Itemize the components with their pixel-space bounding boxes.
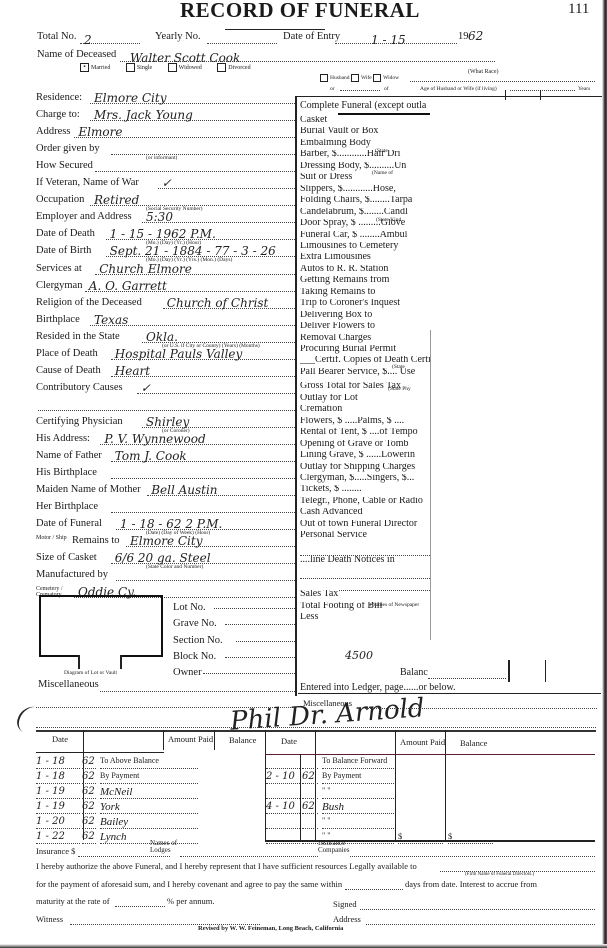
address-field[interactable] xyxy=(366,914,595,925)
ledger-date xyxy=(266,786,300,799)
ledger-right-date-header: Date xyxy=(281,736,297,746)
ledger-description: To Balance Forward xyxy=(322,756,394,769)
form-title: RECORD OF FUNERAL xyxy=(180,0,420,23)
charge-item[interactable]: Dressing Body, $..........Un xyxy=(300,162,430,174)
field-row: Date of Funeral1 - 18 - 62 2 P.M.(Date) … xyxy=(36,518,295,532)
charge-item-label: Rental of Tent, $ ....of Tempo xyxy=(300,428,418,437)
charge-item-label: Delivering Box to xyxy=(300,311,372,320)
ledger-description: Bush xyxy=(322,801,394,814)
field-label: His Birthplace xyxy=(36,467,97,478)
checked-box-icon: ▪ xyxy=(80,63,89,72)
ledger-top-line xyxy=(36,730,596,732)
lot-field-input[interactable] xyxy=(203,662,296,674)
ledger-right-header-line xyxy=(265,754,595,755)
field-input[interactable]: Retired xyxy=(90,194,295,206)
ledger-v3 xyxy=(214,730,215,750)
total-no-field[interactable]: 2 xyxy=(80,31,140,44)
field-label: Manufactured by xyxy=(36,569,108,580)
bottom-edge xyxy=(0,944,607,948)
ledger-description: Bailey xyxy=(100,816,198,829)
wife-label: Wife xyxy=(361,75,372,81)
field-row: Charge to:Mrs. Jack Young xyxy=(36,109,295,123)
charge-item[interactable]: Opening of Grave or Tomb xyxy=(300,440,430,452)
charge-item[interactable]: Outlay for Shipping Charges xyxy=(300,463,430,475)
ledger-description: By Payment xyxy=(322,771,394,784)
field-label: Date of Death xyxy=(36,228,95,239)
ledger-left-balance-header: Balance xyxy=(229,735,256,745)
ledger-row[interactable]: " " xyxy=(266,786,596,799)
right-miscellaneous-field[interactable] xyxy=(365,698,597,709)
ledger-description: By Payment xyxy=(100,771,198,784)
charge-item[interactable]: Outlay for Lot xyxy=(300,394,430,406)
lot-field-input[interactable] xyxy=(225,613,296,625)
complete-funeral-underline xyxy=(338,113,430,115)
charge-item[interactable] xyxy=(300,568,430,580)
revised-by: Revised by W. W. Feineman, Long Beach, C… xyxy=(198,925,343,932)
charge-item[interactable]: Removal Charges xyxy=(300,334,430,346)
charge-item-label: Personal Service xyxy=(300,531,367,540)
firm-name-field[interactable] xyxy=(440,861,595,872)
balance-field[interactable] xyxy=(428,667,506,679)
ledger-date xyxy=(266,756,300,769)
field-input[interactable]: Church of Christ xyxy=(163,297,295,309)
field-row: Place of DeathHospital Pauls Valley xyxy=(36,348,295,362)
charge-item[interactable]: Folding Chairs, $........Tarpa xyxy=(300,196,430,208)
ledger-year xyxy=(302,786,318,799)
widowed-label: Widowed xyxy=(179,65,202,71)
page-edge xyxy=(602,0,607,948)
charge-item-label: Cash Advanced xyxy=(300,508,363,517)
field-label: Cause of Death xyxy=(36,365,101,376)
field-row: Services atChurch Elmore xyxy=(36,263,295,277)
charge-item-label: Gross Total for Sales Tax xyxy=(300,382,401,391)
charge-item[interactable]: Slippers, $............Hose, xyxy=(300,185,430,197)
charge-item-label: Outlay for Shipping Charges xyxy=(300,463,415,472)
charge-item-label: Outlay for Lot xyxy=(300,394,358,403)
charge-item[interactable]: Lining Grave, $ ......Lowerin xyxy=(300,451,430,463)
field-input[interactable]: 6/6 20 ga. Steel xyxy=(111,552,295,564)
field-label: Address xyxy=(36,126,70,137)
lot-diagram-base-right xyxy=(120,655,161,657)
address-label: Address xyxy=(333,914,361,924)
leader-dots xyxy=(300,262,430,263)
field-label: Certifying Physician xyxy=(36,416,123,427)
leader-dots xyxy=(300,494,430,495)
charge-sublabel: (State Kind xyxy=(376,217,401,223)
wife-checkbox[interactable]: Wife xyxy=(351,75,372,81)
charge-item[interactable]: Funeral Car, $ ........Ambul xyxy=(300,231,430,243)
field-input[interactable]: Shirley xyxy=(142,416,295,428)
ledger-description: " " xyxy=(322,816,394,829)
field-value: Mrs. Jack Young xyxy=(94,108,193,122)
field-label: Order given by xyxy=(36,143,100,154)
ledger-year: 62 xyxy=(302,801,318,814)
age-of-spouse-field[interactable] xyxy=(510,84,575,91)
ledger-row[interactable]: 1 - 2062Bailey xyxy=(36,816,266,829)
date-of-entry-field[interactable]: 1 - 15 xyxy=(335,31,457,44)
ledger-date: 1 - 20 xyxy=(36,816,80,829)
field-input[interactable] xyxy=(111,467,295,479)
field-label: Residence: xyxy=(36,92,82,103)
ledger-row[interactable]: 1 - 1862By Payment xyxy=(36,771,266,784)
field-label: His Address: xyxy=(36,433,90,444)
ledger-row[interactable]: To Balance Forward xyxy=(266,756,596,769)
field-row: Resided in the StateOkla.(or U.S. if Cit… xyxy=(36,331,295,345)
field-input[interactable] xyxy=(116,569,295,581)
charge-item-label: Procuring Burial Permit xyxy=(300,345,396,354)
husband-label: Husband xyxy=(330,75,350,81)
date-of-entry-value: 1 - 15 xyxy=(371,33,406,47)
lot-field-row: Owner xyxy=(173,662,295,674)
charges-top-border xyxy=(295,96,602,97)
widowed-checkbox[interactable]: Widowed xyxy=(168,65,202,71)
field-input[interactable]: Elmore City xyxy=(90,92,295,104)
lot-field-label: Block No. xyxy=(173,651,216,662)
field-input[interactable]: Elmore City xyxy=(126,535,295,547)
field-input[interactable]: ✓ xyxy=(137,382,295,394)
divorced-checkbox[interactable]: Divorced xyxy=(217,65,250,71)
charge-item[interactable]: Cash Advanced xyxy=(300,508,430,520)
charge-item-label: Removal Charges xyxy=(300,334,371,343)
field-value: Heart xyxy=(115,364,150,378)
charge-item[interactable]: Sales Tax xyxy=(300,590,430,602)
ledger-year: 62 xyxy=(82,831,96,844)
total-no-label: Total No. xyxy=(37,31,77,42)
field-label: Contributory Causes xyxy=(36,382,123,393)
field-label: Birthplace xyxy=(36,314,80,325)
field-input[interactable]: Bell Austin xyxy=(147,484,295,496)
charge-item[interactable]: Pall Bearer Service, $.... Use xyxy=(300,368,430,380)
charge-item[interactable]: Taking Remains to xyxy=(300,288,430,300)
charge-item[interactable]: ....line Death Notices in xyxy=(300,556,430,568)
charge-item[interactable]: Less xyxy=(300,613,430,625)
charge-item[interactable]: Door Spray, $ .........Glove xyxy=(300,219,430,231)
ledger-description: To Above Balance xyxy=(100,756,198,769)
lot-diagram xyxy=(39,595,163,657)
charge-item-label: Funeral Car, $ ........Ambul xyxy=(300,231,407,240)
charge-item-label: Taking Remains to xyxy=(300,288,375,297)
charge-item[interactable]: Personal Service xyxy=(300,531,430,543)
charge-item-label: Deliver Flowers to xyxy=(300,322,375,331)
witness-label: Witness xyxy=(36,914,63,924)
charge-item[interactable]: Getting Remains from xyxy=(300,276,430,288)
field-input[interactable]: Church Elmore xyxy=(95,263,295,275)
field-input[interactable]: Elmore xyxy=(74,126,295,138)
ledger-balance: $ xyxy=(448,831,493,844)
charge-item-label: Flowers, $ .....Palms, $ .... xyxy=(300,417,404,426)
charge-item-label: Less xyxy=(300,613,318,622)
charge-item[interactable]: Telegr., Phone, Cable or Radio xyxy=(300,497,430,509)
field-value: Texas xyxy=(94,313,128,327)
ledger-v2 xyxy=(163,730,164,750)
unchecked-box-icon xyxy=(351,74,359,82)
signed-field[interactable] xyxy=(360,899,595,910)
lot-field-input[interactable] xyxy=(225,646,296,658)
field-input[interactable]: ✓ xyxy=(158,177,295,189)
field-label: Clergyman xyxy=(36,280,82,291)
charge-item-label: Clergyman, $.....Singers, $... xyxy=(300,474,414,483)
unchecked-box-icon xyxy=(320,74,328,82)
charge-item-label: ....line Death Notices in xyxy=(300,556,395,565)
field-input[interactable]: 1 - 18 - 62 2 P.M. xyxy=(116,518,295,530)
total-no-value: 2 xyxy=(84,33,92,47)
field-value: Hospital Pauls Valley xyxy=(115,347,243,361)
ledger-row[interactable]: 4 - 1062Bush xyxy=(266,801,596,814)
field-row: BirthplaceTexas xyxy=(36,314,295,328)
charge-item[interactable] xyxy=(300,545,430,557)
charge-item-label: Extra Limousines xyxy=(300,253,371,262)
field-input[interactable]: 5:30 xyxy=(142,211,295,223)
field-row: His Birthplace xyxy=(36,467,295,481)
yearly-no-field[interactable] xyxy=(207,31,277,44)
charge-item-label: Lining Grave, $ ......Lowerin xyxy=(300,451,415,460)
charges-col-line-1 xyxy=(505,90,506,100)
field-value: Church of Christ xyxy=(167,296,269,310)
ledger-date xyxy=(266,816,300,829)
charge-item-label: Cremation xyxy=(300,405,342,414)
charges-inner-border xyxy=(430,330,431,640)
single-checkbox[interactable]: Single xyxy=(126,65,152,71)
ledger-description: McNeil xyxy=(100,786,198,799)
balance-col-2 xyxy=(545,660,546,682)
lot-field-row: Section No. xyxy=(173,630,295,642)
charge-item[interactable]: Out of town Funeral Director xyxy=(300,520,430,532)
ledger-right-balance-header: Balance xyxy=(460,738,487,748)
lot-field-label: Grave No. xyxy=(173,618,217,629)
ledger-row[interactable]: 1 - 1862To Above Balance xyxy=(36,756,266,769)
field-row: Name of FatherTom J. Cook xyxy=(36,450,295,464)
less-value: 4500 xyxy=(345,649,373,662)
charge-item-label: Tickets, $ ........ xyxy=(300,485,362,494)
charge-sublabel: (Names of Newspaper xyxy=(370,602,419,608)
field-value: P. V. Wynnewood xyxy=(104,432,205,446)
ledger-year: 62 xyxy=(302,771,318,784)
ledger-row[interactable]: " "$$ xyxy=(266,831,596,844)
unchecked-box-icon xyxy=(168,63,177,72)
page-number: 111 xyxy=(568,1,589,18)
charge-item-label: Opening of Grave or Tomb xyxy=(300,440,409,449)
charge-item-label: Autos to R. R. Station xyxy=(300,265,388,274)
married-checkbox[interactable]: ▪Married xyxy=(80,65,110,71)
lot-field-input[interactable] xyxy=(236,630,296,642)
charge-sublabel: (State Phy xyxy=(388,386,411,392)
lot-field-label: Lot No. xyxy=(173,602,206,613)
field-row: Order given by(or informant) xyxy=(36,143,295,157)
ledger-left-date-header: Date xyxy=(52,734,68,744)
complete-funeral-header: Complete Funeral (except outla xyxy=(300,100,426,111)
lot-diagram-label: Diagram of Lot or Vault xyxy=(64,670,117,676)
lot-field-row: Grave No. xyxy=(173,613,295,625)
ledger-year: 62 xyxy=(82,801,96,814)
field-label: Services at xyxy=(36,263,82,274)
age-of-spouse-label: Age of Husband or Wife (if living) xyxy=(420,86,497,92)
charge-item[interactable]: Trip to Coroner's Inquest xyxy=(300,299,430,311)
field-input[interactable]: P. V. Wynnewood xyxy=(100,433,295,445)
field-label: Occupation xyxy=(36,194,84,205)
charge-item-label: Embalming Body xyxy=(300,139,371,148)
field-value: ✓ xyxy=(162,176,172,190)
charge-item-label: Folding Chairs, $........Tarpa xyxy=(300,196,412,205)
field-row: ClergymanA. O. Garrett xyxy=(36,280,295,294)
field-input[interactable] xyxy=(38,399,295,411)
field-label: Charge to: xyxy=(36,109,80,120)
ledger-date: 1 - 18 xyxy=(36,756,80,769)
ledger-date: 1 - 19 xyxy=(36,786,80,799)
field-value: Okla. xyxy=(146,330,178,344)
charge-item[interactable]: Autos to R. R. Station xyxy=(300,265,430,277)
widow-checkbox[interactable]: Widow xyxy=(373,75,399,81)
charge-item[interactable]: Tickets, $ ........ xyxy=(300,485,430,497)
leader-dots xyxy=(300,136,430,137)
field-value: Bell Austin xyxy=(151,483,217,497)
field-label: Her Birthplace xyxy=(36,501,98,512)
year-value: 62 xyxy=(468,29,483,43)
ledger-row[interactable]: 1 - 1962McNeil xyxy=(36,786,266,799)
field-input[interactable]: A. O. Garrett xyxy=(85,280,295,292)
lot-field-input[interactable] xyxy=(214,597,296,609)
field-label: How Secured xyxy=(36,160,93,171)
ledger-right-bottom-line xyxy=(265,840,595,842)
ledger-date: 2 - 10 xyxy=(266,771,300,784)
charge-sublabel: (Name of xyxy=(372,170,393,176)
field-row: AddressElmore xyxy=(36,126,295,140)
charge-item[interactable]: Casket xyxy=(300,116,430,128)
ledger-left-header-line xyxy=(36,752,164,753)
field-label: Employer and Address xyxy=(36,211,132,222)
charges-col-line-2 xyxy=(540,90,541,100)
field-row: Manufactured by xyxy=(36,569,295,583)
field-value: 5:30 xyxy=(146,210,173,224)
lodges-field[interactable] xyxy=(180,846,318,857)
charge-item[interactable]: Extra Limousines xyxy=(300,253,430,265)
charge-item[interactable]: Barber, $............Hair Dri xyxy=(300,150,430,162)
ledger-row[interactable]: 2 - 1062By Payment xyxy=(266,771,596,784)
lodges-label: Names of Lodges xyxy=(150,840,178,854)
field-label: If Veteran, Name of War xyxy=(36,177,139,188)
charge-item[interactable]: Suit or Dress xyxy=(300,173,430,185)
ledger-left-amount-header: Amount Paid xyxy=(168,734,213,744)
entered-ledger-label: Entered into Ledger, page......or below. xyxy=(300,682,456,693)
miscellaneous-label: Miscellaneous xyxy=(38,679,99,690)
witness-field[interactable] xyxy=(70,914,260,925)
insurance-companies-field[interactable] xyxy=(350,846,595,857)
marital-status-group: ▪Married Single Widowed Divorced xyxy=(80,63,251,72)
leader-dots xyxy=(300,599,430,600)
widow-label: Widow xyxy=(383,75,399,81)
married-label: Married xyxy=(91,65,110,71)
ledger-year xyxy=(302,831,318,844)
ledger-year xyxy=(302,756,318,769)
field-input[interactable] xyxy=(111,501,295,513)
unchecked-box-icon xyxy=(373,74,381,82)
lot-diagram-base-left xyxy=(39,655,79,657)
field-row: His Address:P. V. Wynnewood xyxy=(36,433,295,447)
husband-checkbox[interactable]: Husband xyxy=(320,75,350,81)
field-input[interactable]: Heart xyxy=(111,365,295,377)
field-value: Elmore City xyxy=(94,91,166,105)
charge-item[interactable]: Limousines to Cemetery xyxy=(300,242,430,254)
field-input[interactable] xyxy=(111,143,295,155)
interest-rate-field[interactable] xyxy=(115,896,165,907)
lot-diagram-post-left xyxy=(78,655,80,669)
spouse-name-field[interactable] xyxy=(340,84,380,91)
balance-col-1 xyxy=(508,660,510,682)
maturity-text: maturity at the rate of xyxy=(36,896,110,906)
field-input[interactable]: Okla. xyxy=(142,331,295,343)
charge-item-label: Burial Vault or Box xyxy=(300,127,378,136)
charge-item-label: Sales Tax xyxy=(300,590,338,599)
charge-item[interactable]: Procuring Burial Permit xyxy=(300,345,430,357)
ledger-amount: $ xyxy=(398,831,443,844)
field-row: Maiden Name of MotherBell Austin xyxy=(36,484,295,498)
ledger-year: 62 xyxy=(82,756,96,769)
field-input[interactable]: Texas xyxy=(90,314,295,326)
field-value: Elmore City xyxy=(130,534,202,548)
charge-item[interactable]: Rental of Tent, $ ....of Tempo xyxy=(300,428,430,440)
lot-field-label: Section No. xyxy=(173,635,223,646)
charge-item[interactable]: Clergyman, $.....Singers, $... xyxy=(300,474,430,486)
charge-item[interactable]: Embalming Body xyxy=(300,139,430,151)
field-input[interactable]: Mrs. Jack Young xyxy=(90,109,295,121)
title-underline xyxy=(225,29,325,30)
days-text: days from date. Interest to accrue from xyxy=(405,879,537,889)
field-row: If Veteran, Name of War✓ xyxy=(36,177,295,191)
spouse-line-field[interactable] xyxy=(410,75,595,82)
ledger-date: 1 - 18 xyxy=(36,771,80,784)
ledger-description: " " xyxy=(322,786,394,799)
charge-item[interactable]: Candelabrum, $........Candl xyxy=(300,208,430,220)
charge-item[interactable]: ___Certif. Copies of Death Certi xyxy=(300,356,430,368)
field-input[interactable]: 1 - 15 - 1962 P.M. xyxy=(106,228,295,240)
right-miscellaneous-label: Miscellaneous xyxy=(303,698,352,708)
charge-item[interactable]: Burial Vault or Box xyxy=(300,127,430,139)
charge-item[interactable]: Cremation xyxy=(300,405,430,417)
field-row: Her Birthplace xyxy=(36,501,295,515)
ledger-row[interactable]: " " xyxy=(266,816,596,829)
charge-item[interactable] xyxy=(300,579,430,591)
charge-item-label: Slippers, $............Hose, xyxy=(300,185,396,194)
field-label: Name of Father xyxy=(36,450,102,461)
miscellaneous-field[interactable] xyxy=(100,679,295,692)
ledger-year: 62 xyxy=(82,786,96,799)
charge-item[interactable]: Deliver Flowers to xyxy=(300,322,430,334)
days-field[interactable] xyxy=(345,879,403,890)
field-row: How Secured xyxy=(36,160,295,174)
field-input[interactable]: Tom J. Cook xyxy=(111,450,295,462)
authorize-text: I hereby authorize the above Funeral, an… xyxy=(36,861,417,871)
field-row: Religion of the DeceasedChurch of Christ xyxy=(36,297,295,311)
field-input[interactable]: Hospital Pauls Valley xyxy=(111,348,295,360)
field-row: Employer and Address5:30 xyxy=(36,211,295,225)
ledger-year: 62 xyxy=(82,816,96,829)
field-value: Retired xyxy=(94,193,139,207)
ledger-row[interactable]: 1 - 1962York xyxy=(36,801,266,814)
charge-item-label: Suit or Dress xyxy=(300,173,352,182)
charge-item[interactable]: Delivering Box to xyxy=(300,311,430,323)
charge-item-label: Casket xyxy=(300,116,327,125)
charge-item[interactable]: Flowers, $ .....Palms, $ .... xyxy=(300,417,430,429)
charge-sublabel: (State xyxy=(392,364,405,370)
ledger-description: Lynch xyxy=(100,831,198,844)
name-of-deceased-field[interactable]: Walter Scott Cook xyxy=(120,49,495,62)
field-input[interactable] xyxy=(95,160,295,172)
field-input[interactable]: Sept. 21 - 1884 - 77 - 3 - 26 xyxy=(106,245,295,257)
ledger-year: 62 xyxy=(82,771,96,784)
field-label: Place of Death xyxy=(36,348,98,359)
field-value: Tom J. Cook xyxy=(115,449,187,463)
ledger-date: 1 - 22 xyxy=(36,831,80,844)
charge-item-label: Trip to Coroner's Inquest xyxy=(300,299,400,308)
